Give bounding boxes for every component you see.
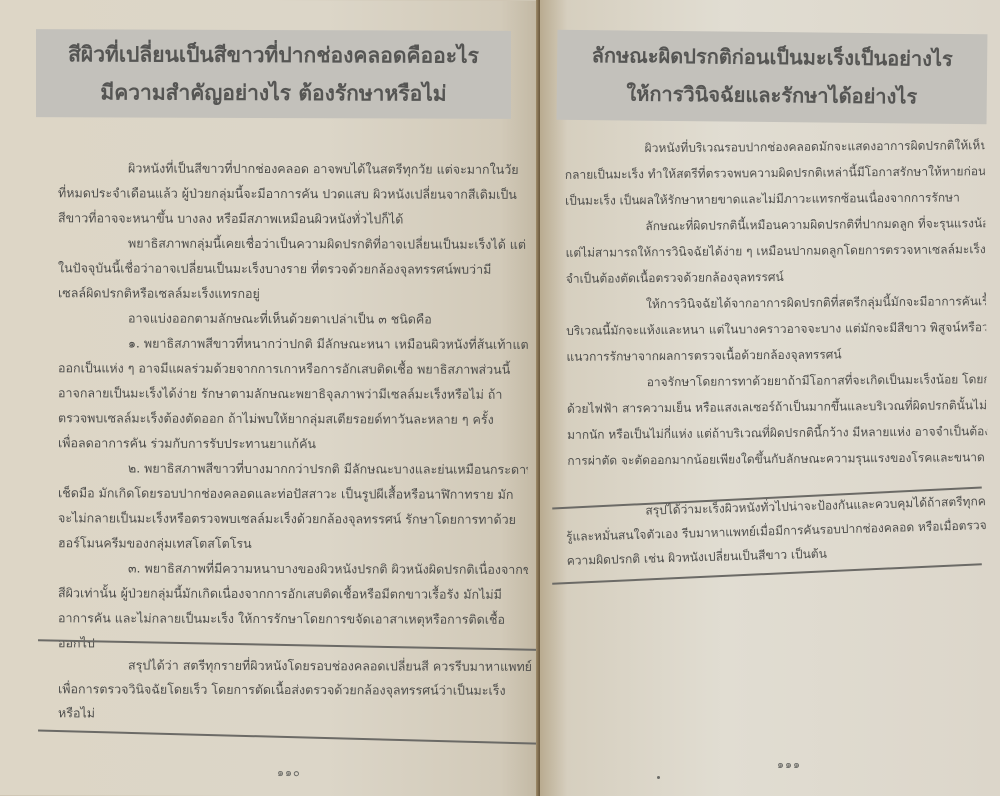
text-line: ลักษณะที่ผิดปรกตินี้เหมือนความผิดปรกติที… xyxy=(565,210,985,240)
left-title-line-2: มีความสำคัญอย่างไร ต้องรักษาหรือไม่ xyxy=(36,73,511,113)
paper-speck xyxy=(657,776,660,779)
right-page: ลักษณะผิดปรกติก่อนเป็นมะเร็งเป็นอย่างไร … xyxy=(540,0,1000,796)
text-line: อาการคัน และไม่กลายเป็นมะเร็ง ให้การรักษ… xyxy=(58,605,528,632)
text-line: กลายเป็นมะเร็ง ทำให้สตรีที่ตรวจพบความผิด… xyxy=(565,158,985,188)
right-page-title-box: ลักษณะผิดปรกติก่อนเป็นมะเร็งเป็นอย่างไร … xyxy=(557,30,988,124)
summary-top-rule xyxy=(38,639,538,650)
summary-bottom-rule xyxy=(38,730,538,745)
text-line: มากนัก หรือเป็นไม่กี่แห่ง แต่ถ้าบริเวณที… xyxy=(567,418,987,448)
text-line: เป็นมะเร็ง เป็นผลให้รักษาหายขาดและไม่มีภ… xyxy=(565,184,985,214)
left-page-body: ผิวหนังที่เป็นสีขาวที่ปากช่องคลอด อาจพบไ… xyxy=(58,155,528,657)
right-summary-text: สรุปได้ว่ามะเร็งผิวหนังทั่วไปน่าจะป้องกั… xyxy=(565,489,987,573)
left-summary-box: สรุปได้ว่า สตรีทุกรายที่ผิวหนังโดยรอบช่อ… xyxy=(38,639,538,756)
text-line: เพื่อลดอาการคัน ร่วมกับการรับประทานยาแก้… xyxy=(58,430,528,457)
text-line: จำเป็นต้องตัดเนื้อตรวจด้วยกล้องจุลทรรศน์ xyxy=(566,262,986,292)
text-line: ให้การวินิจฉัยได้จากอาการผิดปรกติที่สตรี… xyxy=(566,288,986,318)
text-line: บริเวณนี้มักจะแห้งและหนา แต่ในบางคราวอาจ… xyxy=(566,314,986,344)
left-summary-text: สรุปได้ว่า สตรีทุกรายที่ผิวหนังโดยรอบช่อ… xyxy=(58,653,538,727)
text-line: จะไม่กลายเป็นมะเร็งหรือตรวจพบเซลล์มะเร็ง… xyxy=(58,505,528,532)
text-line: สีขาวที่อาจจะหนาขึ้น บางลง หรือมีสภาพเหม… xyxy=(58,205,528,232)
left-title-line-1: สีผิวที่เปลี่ยนเป็นสีขาวที่ปากช่องคลอดคื… xyxy=(36,35,511,75)
text-line: สรุปได้ว่า สตรีทุกรายที่ผิวหนังโดยรอบช่อ… xyxy=(58,653,538,679)
left-page: สีผิวที่เปลี่ยนเป็นสีขาวที่ปากช่องคลอดคื… xyxy=(0,0,538,796)
text-line: เซลล์ผิดปรกติหรือเซลล์มะเร็งแทรกอยู่ xyxy=(58,280,528,307)
text-line: ๓. พยาธิสภาพที่มีความหนาบางของผิวหนังปรก… xyxy=(58,555,528,582)
text-line: ฮอร์โมนครีมของกลุ่มเทสโตสโตโรน xyxy=(58,530,528,557)
text-line: เช็ดมือ มักเกิดโดยรอบปากช่องคลอดและท่อปั… xyxy=(58,480,528,507)
text-line: ตรวจพบเซลล์มะเร็งต้องตัดออก ถ้าไม่พบให้ย… xyxy=(58,405,528,432)
text-line: ผิวหนังที่บริเวณรอบปากช่องคลอดมักจะแสดงอ… xyxy=(565,132,985,162)
left-page-title-box: สีผิวที่เปลี่ยนเป็นสีขาวที่ปากช่องคลอดคื… xyxy=(36,29,511,119)
open-book-spread: สีผิวที่เปลี่ยนเป็นสีขาวที่ปากช่องคลอดคื… xyxy=(0,0,1000,796)
text-line: อาจกลายเป็นมะเร็งได้ง่าย รักษาตามลักษณะพ… xyxy=(58,380,528,407)
left-page-number: ๑๑๐ xyxy=(277,763,301,781)
text-line: ๒. พยาธิสภาพสีขาวที่บางมากกว่าปรกติ มีลั… xyxy=(58,455,528,482)
text-line: อาจรักษาโดยการทาด้วยยาถ้ามีโอกาสที่จะเกิ… xyxy=(567,366,987,396)
right-title-line-1: ลักษณะผิดปรกติก่อนเป็นมะเร็งเป็นอย่างไร xyxy=(557,36,987,79)
right-page-number: ๑๑๑ xyxy=(777,755,801,773)
right-title-line-2: ให้การวินิจฉัยและรักษาได้อย่างไร xyxy=(557,74,987,117)
text-line: ด้วยไฟฟ้า สารความเย็น หรือแสงเลเซอร์ถ้าเ… xyxy=(567,392,987,422)
text-line: อาจแบ่งออกตามลักษณะที่เห็นด้วยตาเปล่าเป็… xyxy=(58,305,528,332)
text-line: แต่ไม่สามารถให้การวินิจฉัยได้ง่าย ๆ เหมื… xyxy=(565,236,985,266)
text-line: เพื่อการตรวจวินิจฉัยโดยเร็ว โดยการตัดเนื… xyxy=(58,677,538,703)
text-line: สีผิวเท่านั้น ผู้ป่วยกลุ่มนี้มักเกิดเนื่… xyxy=(58,580,528,607)
text-line: ที่หมดประจำเดือนแล้ว ผู้ป่วยกลุ่มนี้จะมี… xyxy=(58,180,528,207)
text-line: ๑. พยาธิสภาพสีขาวที่หนากว่าปกติ มีลักษณะ… xyxy=(58,330,528,357)
text-line: ผิวหนังที่เป็นสีขาวที่ปากช่องคลอด อาจพบไ… xyxy=(58,155,528,182)
right-page-body: ผิวหนังที่บริเวณรอบปากช่องคลอดมักจะแสดงอ… xyxy=(565,132,988,474)
text-line: การผ่าตัด จะตัดออกมากน้อยเพียงใดขึ้นกับล… xyxy=(567,444,987,474)
text-line: ในปัจจุบันนี้เชื่อว่าอาจเปลี่ยนเป็นมะเร็… xyxy=(58,255,528,282)
right-summary-box: สรุปได้ว่ามะเร็งผิวหนังทั่วไปน่าจะป้องกั… xyxy=(552,475,982,585)
text-line: ออกเป็นแห่ง ๆ อาจมีแผลร่วมด้วยจากการเกาห… xyxy=(58,355,528,382)
text-line: พยาธิสภาพกลุ่มนี้เคยเชื่อว่าเป็นความผิดป… xyxy=(58,230,528,257)
text-line: แนวการรักษาจากผลการตรวจเนื้อด้วยกล้องจุล… xyxy=(566,340,986,370)
text-line: หรือไม่ xyxy=(58,701,538,727)
